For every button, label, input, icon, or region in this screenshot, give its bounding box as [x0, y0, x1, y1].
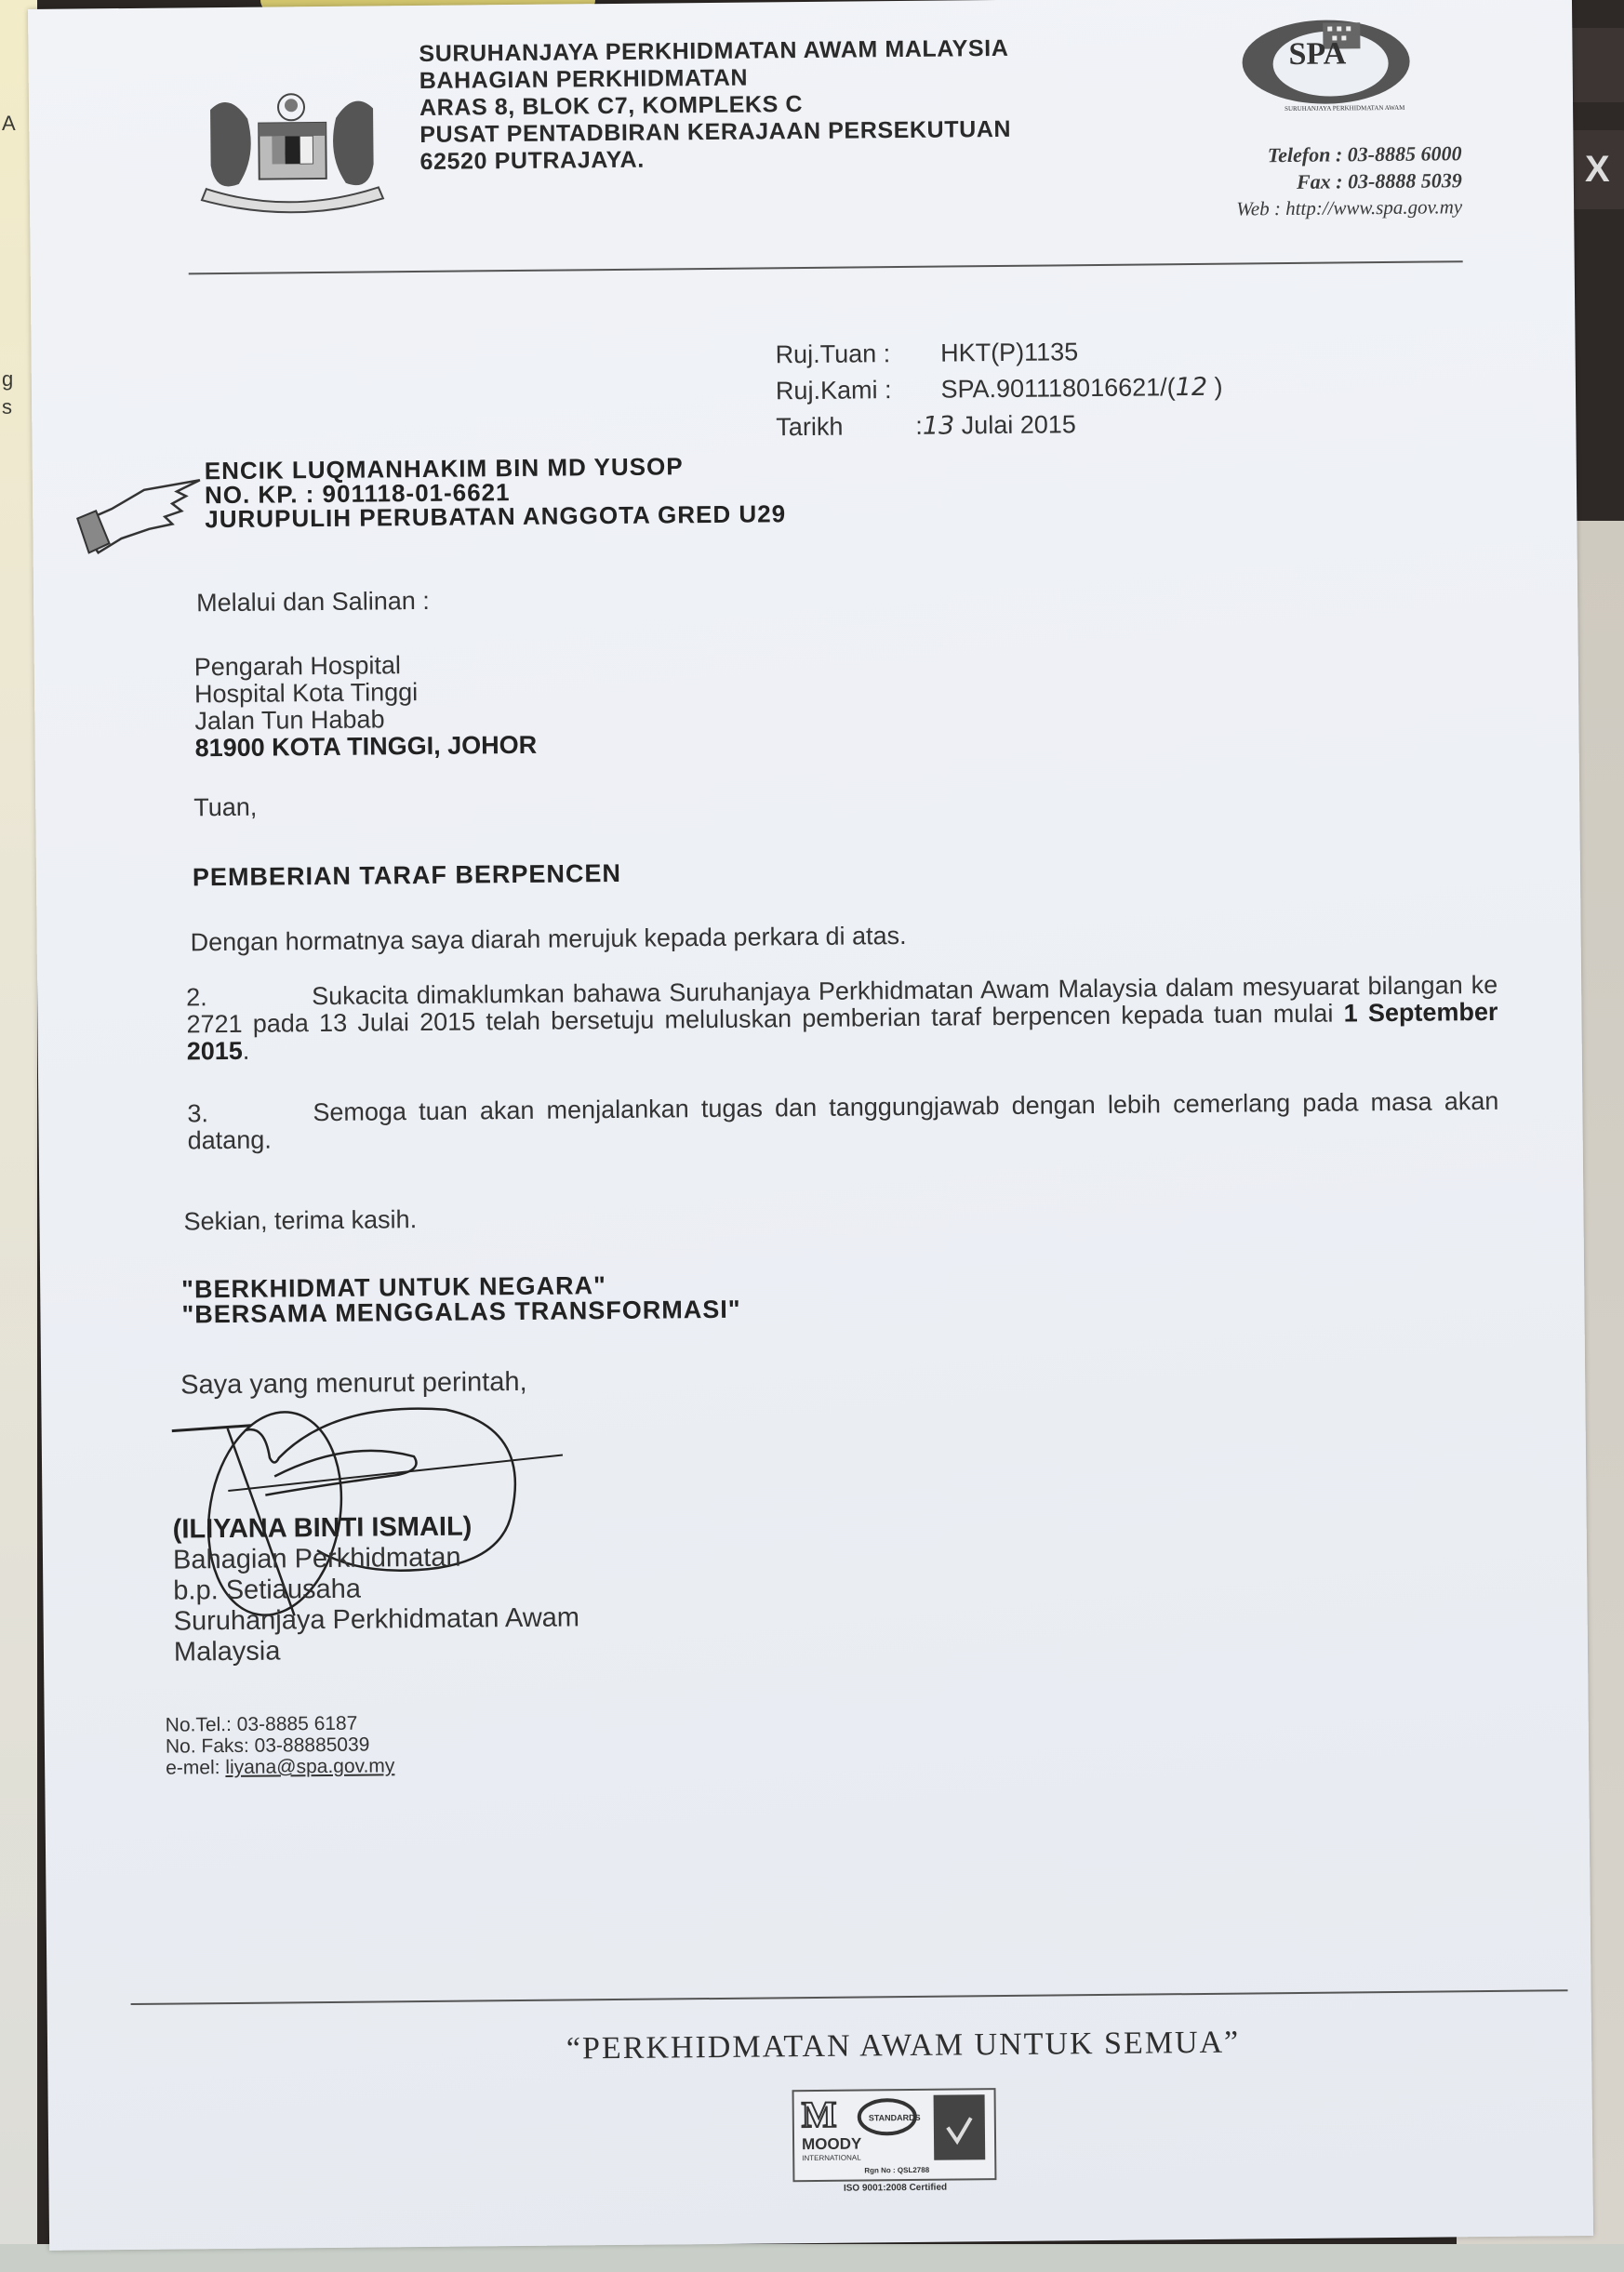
paragraph-number: 3.: [187, 1099, 313, 1127]
moody-certification-icon: M STANDARDS MOODY INTERNATIONAL Rgn No :…: [794, 2090, 995, 2180]
cc-line: Pengarah Hospital: [194, 651, 537, 682]
signatory-tel: No.Tel.: 03-8885 6187: [166, 1712, 394, 1735]
iso-caption: ISO 9001:2008 Certified: [792, 2182, 997, 2194]
org-name: SURUHANJAYA PERKHIDMATAN AWAM MALAYSIA: [419, 35, 1010, 68]
header-divider: [189, 260, 1463, 274]
org-address-line: 62520 PUTRAJAYA.: [419, 143, 1011, 176]
ref-kami-handwritten: 12: [1176, 373, 1208, 402]
footer-slogan: “PERKHIDMATAN AWAM UNTUK SEMUA”: [438, 2024, 1368, 2068]
edge-glyph: g: [2, 367, 13, 392]
svg-text:Rgn No : QSL2788: Rgn No : QSL2788: [864, 2166, 929, 2175]
email-label: e-mel:: [166, 1757, 225, 1779]
org-address-line: PUSAT PENTADBIRAN KERAJAAN PERSEKUTUAN: [419, 116, 1011, 149]
intro-paragraph: Dengan hormatnya saya diarah merujuk kep…: [190, 922, 906, 957]
paragraph-number: 2.: [186, 983, 312, 1011]
iso-certification-badge: M STANDARDS MOODY INTERNATIONAL Rgn No :…: [792, 2088, 997, 2182]
svg-text:INTERNATIONAL: INTERNATIONAL: [802, 2154, 861, 2163]
signatory-fax: No. Faks: 03-88885039: [166, 1734, 394, 1757]
edge-glyph: s: [2, 395, 12, 419]
svg-text:M: M: [802, 2093, 837, 2135]
letterhead-organization: SURUHANJAYA PERKHIDMATAN AWAM MALAYSIA B…: [419, 35, 1011, 176]
edge-glyph: A: [2, 112, 16, 136]
mottos: "BERKHIDMAT UNTUK NEGARA" "BERSAMA MENGG…: [181, 1272, 741, 1328]
telefon: Telefon : 03-8885 6000: [1145, 140, 1461, 169]
closing: Sekian, terima kasih.: [183, 1205, 417, 1236]
ref-tuan: Ruj.Tuan : HKT(P)1135: [775, 333, 1222, 374]
letter-paper: SURUHANJAYA PERKHIDMATAN AWAM MALAYSIA B…: [28, 0, 1593, 2251]
date-label: Tarikh: [776, 408, 915, 445]
signatory-block: (ILIYANA BINTI ISMAIL) Bahagian Perkhidm…: [173, 1510, 580, 1667]
spa-logo-icon: SPA SURUHANJAYA PERKHIDMATAN AWAM: [1237, 15, 1415, 119]
cc-line: 81900 KOTA TINGGI, JOHOR: [194, 732, 537, 763]
svg-text:STANDARDS: STANDARDS: [869, 2113, 921, 2123]
malaysia-coat-of-arms-icon: [192, 80, 393, 221]
signatory-name: (ILIYANA BINTI ISMAIL): [173, 1510, 579, 1545]
paragraph-2: 2.Sukacita dimaklumkan bahawa Suruhanjay…: [186, 972, 1498, 1066]
recipient-block: ENCIK LUQMANHAKIM BIN MD YUSOP NO. KP. :…: [205, 453, 787, 531]
website[interactable]: Web : http://www.spa.gov.my: [1146, 193, 1462, 223]
svg-text:MOODY: MOODY: [802, 2134, 862, 2153]
letterhead-contact: Telefon : 03-8885 6000 Fax : 03-8888 503…: [1145, 140, 1462, 223]
ref-date: Tarikh:13 Julai 2015: [776, 405, 1223, 446]
ref-kami: Ruj.Kami : SPA.901118016621/(12 ): [776, 369, 1223, 410]
ref-tuan-value: HKT(P)1135: [940, 338, 1078, 366]
key-label: X: [1585, 149, 1610, 191]
fax: Fax : 03-8888 5039: [1146, 166, 1462, 196]
signatory-line: Malaysia: [174, 1633, 580, 1667]
recipient-position: JURUPULIH PERUBATAN ANGGOTA GRED U29: [205, 501, 786, 531]
svg-text:SPA: SPA: [1288, 36, 1347, 72]
cc-address: Pengarah Hospital Hospital Kota Tinggi J…: [194, 651, 538, 763]
signatory-contact: No.Tel.: 03-8885 6187 No. Faks: 03-88885…: [166, 1712, 395, 1778]
subject-heading: PEMBERIAN TARAF BERPENCEN: [193, 859, 621, 892]
cc-line: Hospital Kota Tinggi: [194, 678, 537, 709]
ref-kami-label: Ruj.Kami :: [776, 372, 934, 410]
signatory-email-row: e-mel: liyana@spa.gov.my: [166, 1755, 394, 1778]
salutation: Tuan,: [193, 793, 257, 823]
signatory-line: Bahagian Perkhidmatan: [173, 1541, 579, 1575]
footer-divider: [131, 1989, 1568, 2005]
signatory-line: Suruhanjaya Perkhidmatan Awam: [173, 1602, 579, 1637]
via-label: Melalui dan Salinan :: [196, 587, 430, 618]
paragraph-3: 3.Semoga tuan akan menjalankan tugas dan…: [187, 1088, 1498, 1155]
svg-text:SURUHANJAYA PERKHIDMATAN AWAM: SURUHANJAYA PERKHIDMATAN AWAM: [1285, 104, 1405, 113]
paragraph-text: Sukacita dimaklumkan bahawa Suruhanjaya …: [186, 971, 1498, 1039]
email-link[interactable]: liyana@spa.gov.my: [225, 1755, 394, 1778]
reference-block: Ruj.Tuan : HKT(P)1135 Ruj.Kami : SPA.901…: [775, 333, 1223, 446]
date-value: Julai 2015: [954, 410, 1076, 439]
paragraph-text: Semoga tuan akan menjalankan tugas dan t…: [188, 1087, 1499, 1155]
pointing-hand-icon: [70, 471, 210, 565]
motto: "BERSAMA MENGGALAS TRANSFORMASI": [181, 1297, 740, 1328]
signatory-line: b.p. Setiausaha: [173, 1572, 579, 1606]
ref-kami-close: ): [1207, 373, 1223, 401]
ref-kami-value: SPA.901118016621/(: [940, 373, 1175, 403]
ref-tuan-label: Ruj.Tuan :: [775, 336, 933, 374]
complimentary-close: Saya yang menurut perintah,: [180, 1367, 527, 1402]
date-day-handwritten: 13: [923, 411, 955, 440]
